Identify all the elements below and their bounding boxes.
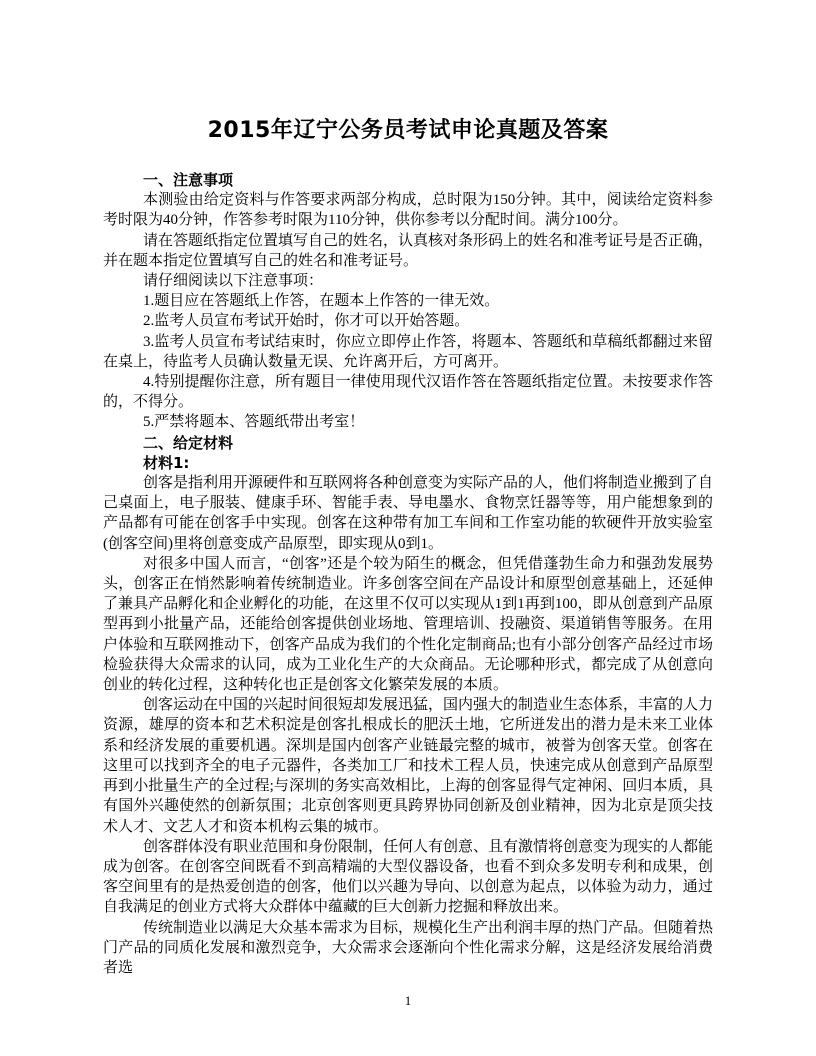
notice-item-2: 2.监考人员宣布考试开始时，你才可以开始答题。 — [103, 311, 713, 331]
notice-paragraph-overview: 本测验由给定资料与作答要求两部分构成，总时限为150分钟。其中，阅读给定资料参考… — [103, 190, 713, 230]
material-1-paragraph-5: 传统制造业以满足大众基本需求为目标，规模化生产出利润丰厚的热门产品。但随着热门产… — [103, 918, 713, 979]
notice-item-5: 5.严禁将题本、答题纸带出考室！ — [103, 412, 713, 432]
section-heading-materials: 二、给定材料 — [103, 433, 713, 453]
document-title: 2015年辽宁公务员考试申论真题及答案 — [103, 117, 713, 144]
material-1-paragraph-4: 创客群体没有职业范围和身份限制，任何人有创意、且有激情将创意变为现实的人都能成为… — [103, 837, 713, 918]
notice-paragraph-read-following: 请仔细阅读以下注意事项： — [103, 271, 713, 291]
section-heading-notice: 一、注意事项 — [103, 170, 713, 190]
notice-item-4: 4.特别提醒你注意，所有题目一律使用现代汉语作答在答题纸指定位置。未按要求作答的… — [103, 372, 713, 412]
notice-item-1: 1.题目应在答题纸上作答，在题本上作答的一律无效。 — [103, 291, 713, 311]
material-1-heading: 材料1: — [103, 453, 713, 473]
page-footer: 1 — [0, 993, 816, 1009]
notice-paragraph-name-check: 请在答题纸指定位置填写自己的姓名，认真核对条形码上的姓名和准考证号是否正确，并在… — [103, 231, 713, 271]
notice-item-3: 3.监考人员宣布考试结束时，你应立即停止作答，将题本、答题纸和草稿纸都翻过来留在… — [103, 332, 713, 372]
document-content: 2015年辽宁公务员考试申论真题及答案 一、注意事项 本测验由给定资料与作答要求… — [103, 117, 713, 978]
material-1-paragraph-3: 创客运动在中国的兴起时间很短却发展迅猛，国内强大的制造业生态体系，丰富的人力资源… — [103, 695, 713, 836]
page-number: 1 — [405, 993, 412, 1008]
material-1-paragraph-2: 对很多中国人而言，“创客”还是个较为陌生的概念，但凭借蓬勃生命力和强劲发展势头，… — [103, 554, 713, 695]
material-1-paragraph-1: 创客是指利用开源硬件和互联网将各种创意变为实际产品的人，他们将制造业搬到了自己桌… — [103, 473, 713, 554]
document-page: 2015年辽宁公务员考试申论真题及答案 一、注意事项 本测验由给定资料与作答要求… — [0, 0, 816, 1056]
